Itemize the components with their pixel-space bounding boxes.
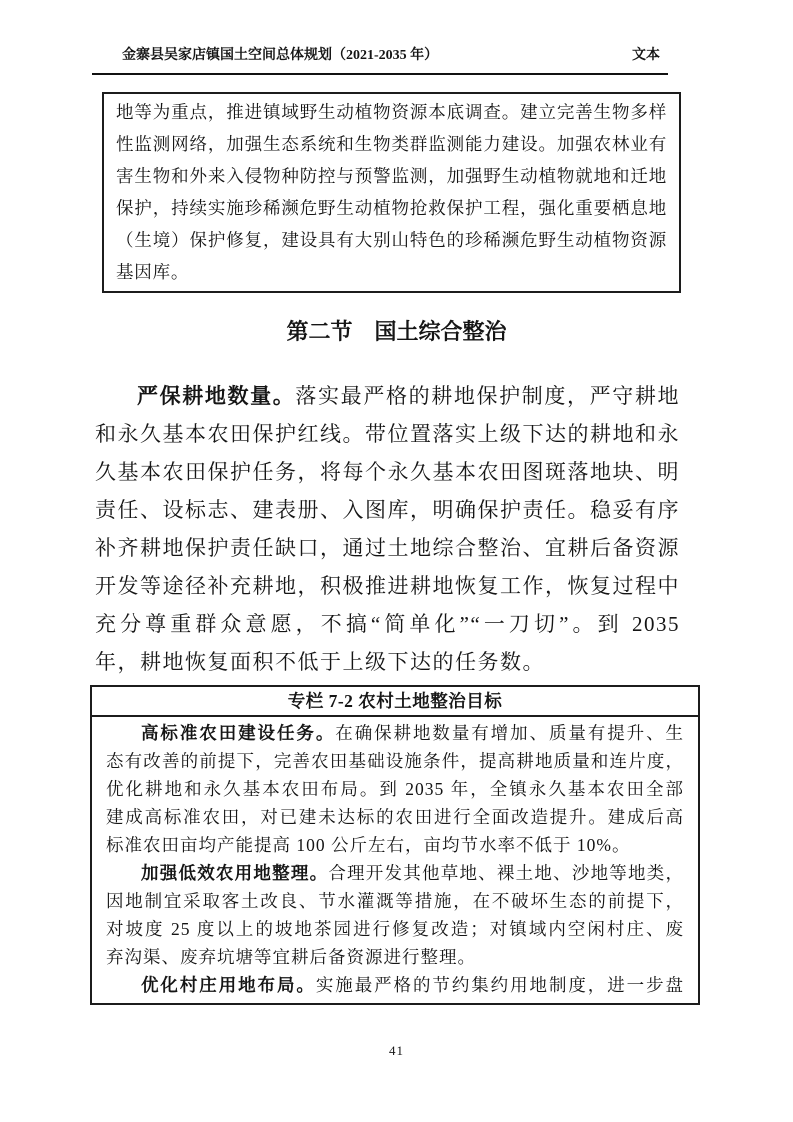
text-line: 高标准农田建设任务。在确保耕地数量有增加、质量有提升、生 <box>106 719 684 747</box>
text-line: 标准农田亩均产能提高 100 公斤左右，亩均节水率不低于 10%。 <box>106 831 684 859</box>
header-doc-type-label: 文本 <box>632 46 660 66</box>
text-line: 年，耕地恢复面积不低于上级下达的任务数。 <box>95 643 680 681</box>
text-line: 态有改善的前提下，完善农田基础设施条件，提高耕地质量和连片度， <box>106 747 684 775</box>
bold-lead-in: 优化村庄用地布局。 <box>141 975 316 995</box>
text-line: 久基本农田保护任务，将每个永久基本农田图斑落地块、明 <box>95 453 680 491</box>
text-line: 基因库。 <box>116 256 667 288</box>
section-heading: 第二节 国土综合整治 <box>0 317 793 347</box>
text-line: 对坡度 25 度以上的坡地茶园进行修复改造；对镇域内空闲村庄、废 <box>106 915 684 943</box>
text-line: 补齐耕地保护责任缺口，通过土地综合整治、宜耕后备资源 <box>95 529 680 567</box>
text-line: 建成高标准农田，对已建未达标的农田进行全面改造提升。建成后高 <box>106 803 684 831</box>
text-line: 优化耕地和永久基本农田布局。到 2035 年，全镇永久基本农田全部 <box>106 775 684 803</box>
carryover-text-box: 地等为重点，推进镇域野生动植物资源本底调查。建立完善生物多样性监测网络，加强生态… <box>102 92 681 293</box>
text-line: 和永久基本农田保护红线。带位置落实上级下达的耕地和永 <box>95 415 680 453</box>
text-line: 开发等途径补充耕地，积极推进耕地恢复工作，恢复过程中 <box>95 567 680 605</box>
bold-lead-in: 严保耕地数量。 <box>137 384 295 408</box>
text-line: 弃沟渠、废弃坑塘等宜耕后备资源进行整理。 <box>106 943 684 971</box>
body-paragraph: 严保耕地数量。落实最严格的耕地保护制度，严守耕地和永久基本农田保护红线。带位置落… <box>95 377 680 681</box>
bold-lead-in: 加强低效农用地整理。 <box>141 863 328 883</box>
text-line: 优化村庄用地布局。实施最严格的节约集约用地制度，进一步盘 <box>106 971 684 999</box>
text-line: 责任、设标志、建表册、入图库，明确保护责任。稳妥有序 <box>95 491 680 529</box>
text-line: 地等为重点，推进镇域野生动植物资源本底调查。建立完善生物多样 <box>116 96 667 128</box>
panel-body: 高标准农田建设任务。在确保耕地数量有增加、质量有提升、生态有改善的前提下，完善农… <box>92 717 698 1003</box>
header-document-title: 金寨县吴家店镇国土空间总体规划（2021-2035 年） <box>122 46 438 66</box>
text-line: （生境）保护修复，建设具有大别山特色的珍稀濒危野生动植物资源 <box>116 224 667 256</box>
page-header: 金寨县吴家店镇国土空间总体规划（2021-2035 年） 文本 <box>92 46 668 75</box>
text-line: 加强低效农用地整理。合理开发其他草地、裸土地、沙地等地类， <box>106 859 684 887</box>
text-line: 保护，持续实施珍稀濒危野生动植物抢救保护工程，强化重要栖息地 <box>116 192 667 224</box>
panel-title: 专栏 7-2 农村土地整治目标 <box>92 687 698 717</box>
text-line: 严保耕地数量。落实最严格的耕地保护制度，严守耕地 <box>95 377 680 415</box>
text-line: 性监测网络，加强生态系统和生物类群监测能力建设。加强农林业有 <box>116 128 667 160</box>
document-page: 金寨县吴家店镇国土空间总体规划（2021-2035 年） 文本 地等为重点，推进… <box>0 0 793 1122</box>
column-panel-7-2: 专栏 7-2 农村土地整治目标 高标准农田建设任务。在确保耕地数量有增加、质量有… <box>90 685 700 1005</box>
text-line: 因地制宜采取客土改良、节水灌溉等措施，在不破坏生态的前提下， <box>106 887 684 915</box>
page-number: 41 <box>0 1043 793 1059</box>
text-line: 害生物和外来入侵物种防控与预警监测，加强野生动植物就地和迁地 <box>116 160 667 192</box>
bold-lead-in: 高标准农田建设任务。 <box>141 723 335 743</box>
text-line: 充分尊重群众意愿，不搞“简单化”“一刀切”。到 2035 <box>95 605 680 643</box>
